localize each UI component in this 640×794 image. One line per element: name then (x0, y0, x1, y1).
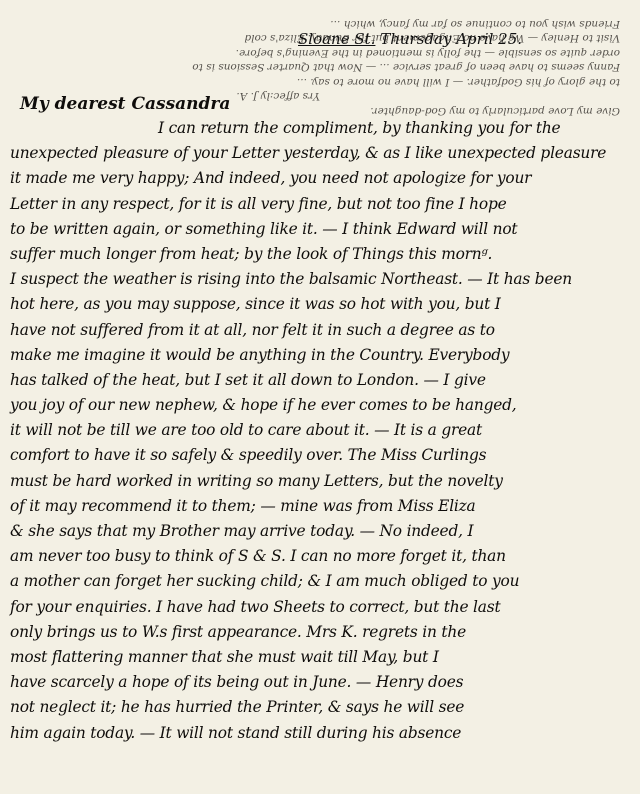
body-line: I can return the compliment, by thanking… (10, 116, 625, 141)
body-line: of it may recommend it to them; — mine w… (10, 494, 625, 519)
body-line: not neglect it; he has hurried the Print… (10, 695, 625, 720)
dateline: Sloane St. Thursday April 25. (298, 30, 522, 48)
body-line: unexpected pleasure of your Letter yeste… (10, 141, 625, 166)
body-line: it made me very happy; And indeed, you n… (10, 166, 625, 191)
body-line: must be hard worked in writing so many L… (10, 469, 625, 494)
body-line: a mother can forget her sucking child; &… (10, 569, 625, 594)
dateline-date: Thursday April 25. (380, 30, 522, 48)
body-line: has talked of the heat, but I set it all… (10, 368, 625, 393)
letter-body: I can return the compliment, by thanking… (10, 116, 625, 746)
body-line: most flattering manner that she must wai… (10, 645, 625, 670)
cross-writing-line: Friends wish you to continue so far my f… (60, 17, 620, 32)
body-line: I suspect the weather is rising into the… (10, 267, 625, 292)
body-line: Letter in any respect, for it is all ver… (10, 192, 625, 217)
body-line: to be written again, or something like i… (10, 217, 625, 242)
body-line: you joy of our new nephew, & hope if he … (10, 393, 625, 418)
body-line: hot here, as you may suppose, since it w… (10, 292, 625, 317)
body-line: suffer much longer from heat; by the loo… (10, 242, 625, 267)
cross-writing-line: Fanny seems to have been of great servic… (60, 60, 620, 75)
body-line: have not suffered from it at all, nor fe… (10, 318, 625, 343)
salutation: My dearest Cassandra (20, 94, 230, 114)
body-line: him again today. — It will not stand sti… (10, 721, 625, 746)
body-line: for your enquiries. I have had two Sheet… (10, 595, 625, 620)
cross-writing-line: to the glory of his Godfather. — I will … (60, 75, 620, 90)
body-line: only brings us to W.s first appearance. … (10, 620, 625, 645)
body-line: it will not be till we are too old to ca… (10, 418, 625, 443)
body-line: am never too busy to think of S & S. I c… (10, 544, 625, 569)
body-line: make me imagine it would be anything in … (10, 343, 625, 368)
body-line: comfort to have it so safely & speedily … (10, 443, 625, 468)
body-line: have scarcely a hope of its being out in… (10, 670, 625, 695)
body-line: & she says that my Brother may arrive to… (10, 519, 625, 544)
dateline-place: Sloane St. (298, 30, 375, 48)
letter-page: Give my Love particularly to my God-daug… (0, 0, 640, 794)
